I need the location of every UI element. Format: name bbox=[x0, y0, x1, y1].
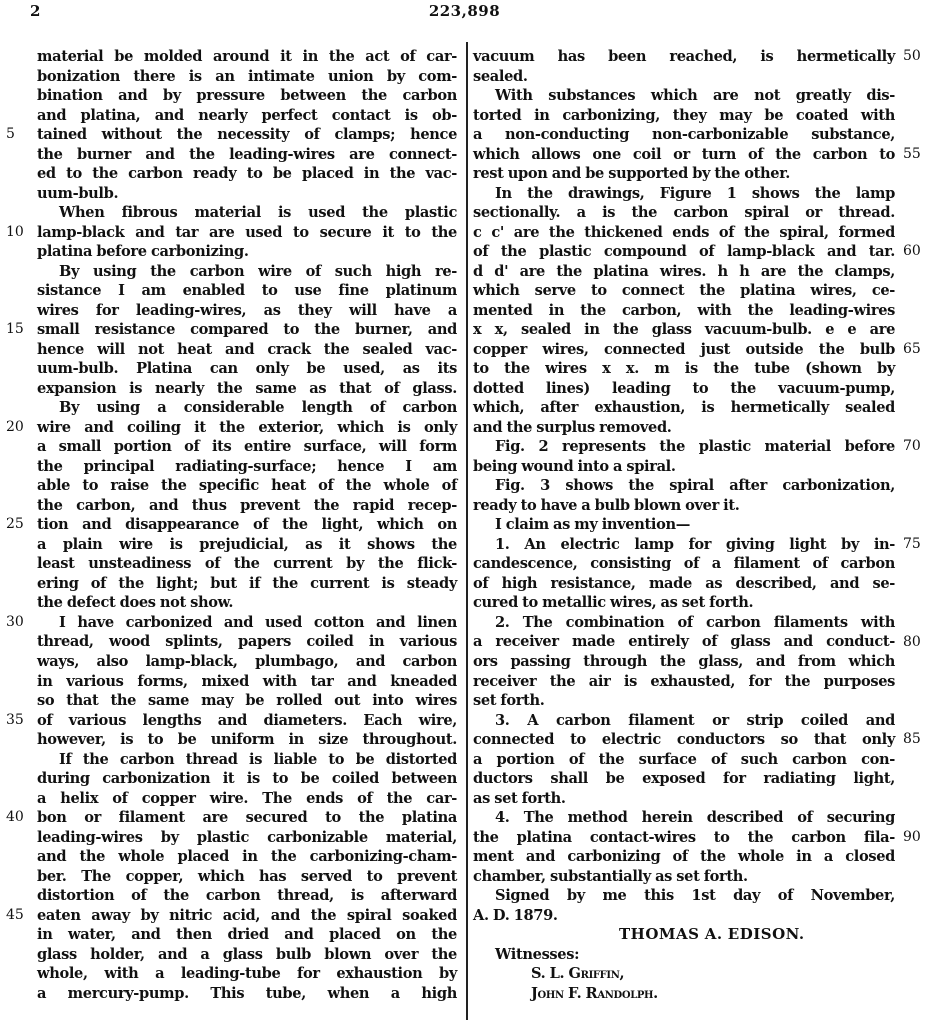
text-line: glass holder, and a glass bulb blown ove… bbox=[37, 945, 457, 965]
text-line: the burner and the leading-wires are con… bbox=[37, 145, 457, 165]
text-line: d d' are the platina wires. h h are the … bbox=[473, 262, 895, 282]
text-line: to the wires x x. m is the tube (shown b… bbox=[473, 359, 895, 379]
text-line: uum-bulb. Platina can only be used, as i… bbox=[37, 359, 457, 379]
line-number: 60 bbox=[903, 243, 921, 259]
text-line: a helix of copper wire. The ends of the … bbox=[37, 789, 457, 809]
text-line: the principal radiating-surface; hence I… bbox=[37, 457, 457, 477]
text-line: copper wires, connected just outside the… bbox=[473, 340, 895, 360]
text-line: the carbon, and thus prevent the rapid r… bbox=[37, 496, 457, 516]
text-line: so that the same may be rolled out into … bbox=[37, 691, 457, 711]
text-line: A. D. 1879. bbox=[473, 906, 895, 926]
text-line: mented in the carbon, with the leading-w… bbox=[473, 301, 895, 321]
text-line: which serve to connect the platina wires… bbox=[473, 281, 895, 301]
text-line: in various forms, mixed with tar and kne… bbox=[37, 672, 457, 692]
text-line: and the whole placed in the carbonizing-… bbox=[37, 847, 457, 867]
text-line: dotted lines) leading to the vacuum-pump… bbox=[473, 379, 895, 399]
text-line: whole, with a leading-tube for exhaustio… bbox=[37, 964, 457, 984]
text-line: a mercury-pump. This tube, when a high bbox=[37, 984, 457, 1004]
line-number: 80 bbox=[903, 634, 921, 650]
right-column: vacuum has been reached, is hermetically… bbox=[473, 47, 895, 1003]
line-number: 70 bbox=[903, 438, 921, 454]
text-line: and platina, and nearly perfect contact … bbox=[37, 106, 457, 126]
text-line: In the drawings, Figure 1 shows the lamp bbox=[473, 184, 895, 204]
text-line: as set forth. bbox=[473, 789, 895, 809]
text-line: 3. A carbon filament or strip coiled and bbox=[473, 711, 895, 731]
text-line: which allows one coil or turn of the car… bbox=[473, 145, 895, 165]
text-line: chamber, substantially as set forth. bbox=[473, 867, 895, 887]
text-line: With substances which are not greatly di… bbox=[473, 86, 895, 106]
text-line: 4. The method herein described of securi… bbox=[473, 808, 895, 828]
line-number: 50 bbox=[903, 48, 921, 64]
line-number: 55 bbox=[903, 146, 921, 162]
text-line: material be molded around it in the act … bbox=[37, 47, 457, 67]
text-line: I claim as my invention— bbox=[473, 515, 895, 535]
line-number: 40 bbox=[6, 809, 24, 825]
text-line: Signed by me this 1st day of November, bbox=[473, 886, 895, 906]
text-line: in water, and then dried and placed on t… bbox=[37, 925, 457, 945]
line-number: 75 bbox=[903, 536, 921, 552]
text-line: of various lengths and diameters. Each w… bbox=[37, 711, 457, 731]
line-number: 85 bbox=[903, 731, 921, 747]
line-number: 35 bbox=[6, 712, 24, 728]
text-line: a portion of the surface of such carbon … bbox=[473, 750, 895, 770]
text-line: leading-wires by plastic carbonizable ma… bbox=[37, 828, 457, 848]
text-line: set forth. bbox=[473, 691, 895, 711]
text-line: bination and by pressure between the car… bbox=[37, 86, 457, 106]
text-line: I have carbonized and used cotton and li… bbox=[37, 613, 457, 633]
text-line: sectionally. a is the carbon spiral or t… bbox=[473, 203, 895, 223]
text-line: expansion is nearly the same as that of … bbox=[37, 379, 457, 399]
text-line: S. L. Griffin, bbox=[473, 964, 895, 984]
text-line: connected to electric conductors so that… bbox=[473, 730, 895, 750]
text-line: sealed. bbox=[473, 67, 895, 87]
text-line: ready to have a bulb blown over it. bbox=[473, 496, 895, 516]
text-line: receiver the air is exhausted, for the p… bbox=[473, 672, 895, 692]
text-line: a plain wire is prejudicial, as it shows… bbox=[37, 535, 457, 555]
text-line: ductors shall be exposed for radiating l… bbox=[473, 769, 895, 789]
text-line: thread, wood splints, papers coiled in v… bbox=[37, 632, 457, 652]
text-line: during carbonization it is to be coiled … bbox=[37, 769, 457, 789]
text-line: which, after exhaustion, is hermetically… bbox=[473, 398, 895, 418]
text-line: ors passing through the glass, and from … bbox=[473, 652, 895, 672]
text-line: 2. The combination of carbon filaments w… bbox=[473, 613, 895, 633]
text-line: THOMAS A. EDISON. bbox=[473, 925, 895, 945]
text-line: a non-conducting non-carbonizable substa… bbox=[473, 125, 895, 145]
text-line: the platina contact-wires to the carbon … bbox=[473, 828, 895, 848]
text-line: a small portion of its entire surface, w… bbox=[37, 437, 457, 457]
text-line: When fibrous material is used the plasti… bbox=[37, 203, 457, 223]
text-line: the defect does not show. bbox=[37, 593, 457, 613]
line-number: 10 bbox=[6, 224, 24, 240]
text-line: eaten away by nitric acid, and the spira… bbox=[37, 906, 457, 926]
text-line: able to raise the specific heat of the w… bbox=[37, 476, 457, 496]
text-line: least unsteadiness of the current by the… bbox=[37, 554, 457, 574]
column-divider bbox=[466, 42, 468, 1020]
line-number: 45 bbox=[6, 907, 24, 923]
text-line: a receiver made entirely of glass and co… bbox=[473, 632, 895, 652]
text-line: bonization there is an intimate union by… bbox=[37, 67, 457, 87]
text-line: Fig. 2 represents the plastic material b… bbox=[473, 437, 895, 457]
text-line: bon or filament are secured to the plati… bbox=[37, 808, 457, 828]
line-number: 90 bbox=[903, 829, 921, 845]
text-line: torted in carbonizing, they may be coate… bbox=[473, 106, 895, 126]
text-line: If the carbon thread is liable to be dis… bbox=[37, 750, 457, 770]
text-line: distortion of the carbon thread, is afte… bbox=[37, 886, 457, 906]
text-line: candescence, consisting of a filament of… bbox=[473, 554, 895, 574]
text-line: Witnesses: bbox=[473, 945, 895, 965]
text-line: rest upon and be supported by the other. bbox=[473, 164, 895, 184]
text-line: ber. The copper, which has served to pre… bbox=[37, 867, 457, 887]
text-line: ering of the light; but if the current i… bbox=[37, 574, 457, 594]
text-line: cured to metallic wires, as set forth. bbox=[473, 593, 895, 613]
line-number: 5 bbox=[6, 126, 15, 142]
text-line: c c' are the thickened ends of the spira… bbox=[473, 223, 895, 243]
left-column: material be molded around it in the act … bbox=[37, 47, 457, 1003]
text-line: lamp-black and tar are used to secure it… bbox=[37, 223, 457, 243]
text-line: ways, also lamp-black, plumbago, and car… bbox=[37, 652, 457, 672]
text-line: of the plastic compound of lamp-black an… bbox=[473, 242, 895, 262]
text-line: sistance I am enabled to use fine platin… bbox=[37, 281, 457, 301]
patent-number: 223,898 bbox=[0, 2, 929, 20]
text-line: John F. Randolph. bbox=[473, 984, 895, 1004]
text-line: platina before carbonizing. bbox=[37, 242, 457, 262]
text-line: of high resistance, made as described, a… bbox=[473, 574, 895, 594]
line-number: 30 bbox=[6, 614, 24, 630]
text-line: tained without the necessity of clamps; … bbox=[37, 125, 457, 145]
line-number: 25 bbox=[6, 516, 24, 532]
text-line: wire and coiling it the exterior, which … bbox=[37, 418, 457, 438]
text-line: and the surplus removed. bbox=[473, 418, 895, 438]
text-line: Fig. 3 shows the spiral after carbonizat… bbox=[473, 476, 895, 496]
text-line: tion and disappearance of the light, whi… bbox=[37, 515, 457, 535]
text-line: wires for leading-wires, as they will ha… bbox=[37, 301, 457, 321]
text-line: ment and carbonizing of the whole in a c… bbox=[473, 847, 895, 867]
text-line: x x, sealed in the glass vacuum-bulb. e … bbox=[473, 320, 895, 340]
text-line: being wound into a spiral. bbox=[473, 457, 895, 477]
text-line: ed to the carbon ready to be placed in t… bbox=[37, 164, 457, 184]
text-line: 1. An electric lamp for giving light by … bbox=[473, 535, 895, 555]
text-line: vacuum has been reached, is hermetically bbox=[473, 47, 895, 67]
text-line: small resistance compared to the burner,… bbox=[37, 320, 457, 340]
text-line: uum-bulb. bbox=[37, 184, 457, 204]
text-line: By using a considerable length of carbon bbox=[37, 398, 457, 418]
text-line: however, is to be uniform in size throug… bbox=[37, 730, 457, 750]
line-number: 20 bbox=[6, 419, 24, 435]
text-line: hence will not heat and crack the sealed… bbox=[37, 340, 457, 360]
text-line: By using the carbon wire of such high re… bbox=[37, 262, 457, 282]
line-number: 65 bbox=[903, 341, 921, 357]
line-number: 15 bbox=[6, 321, 24, 337]
